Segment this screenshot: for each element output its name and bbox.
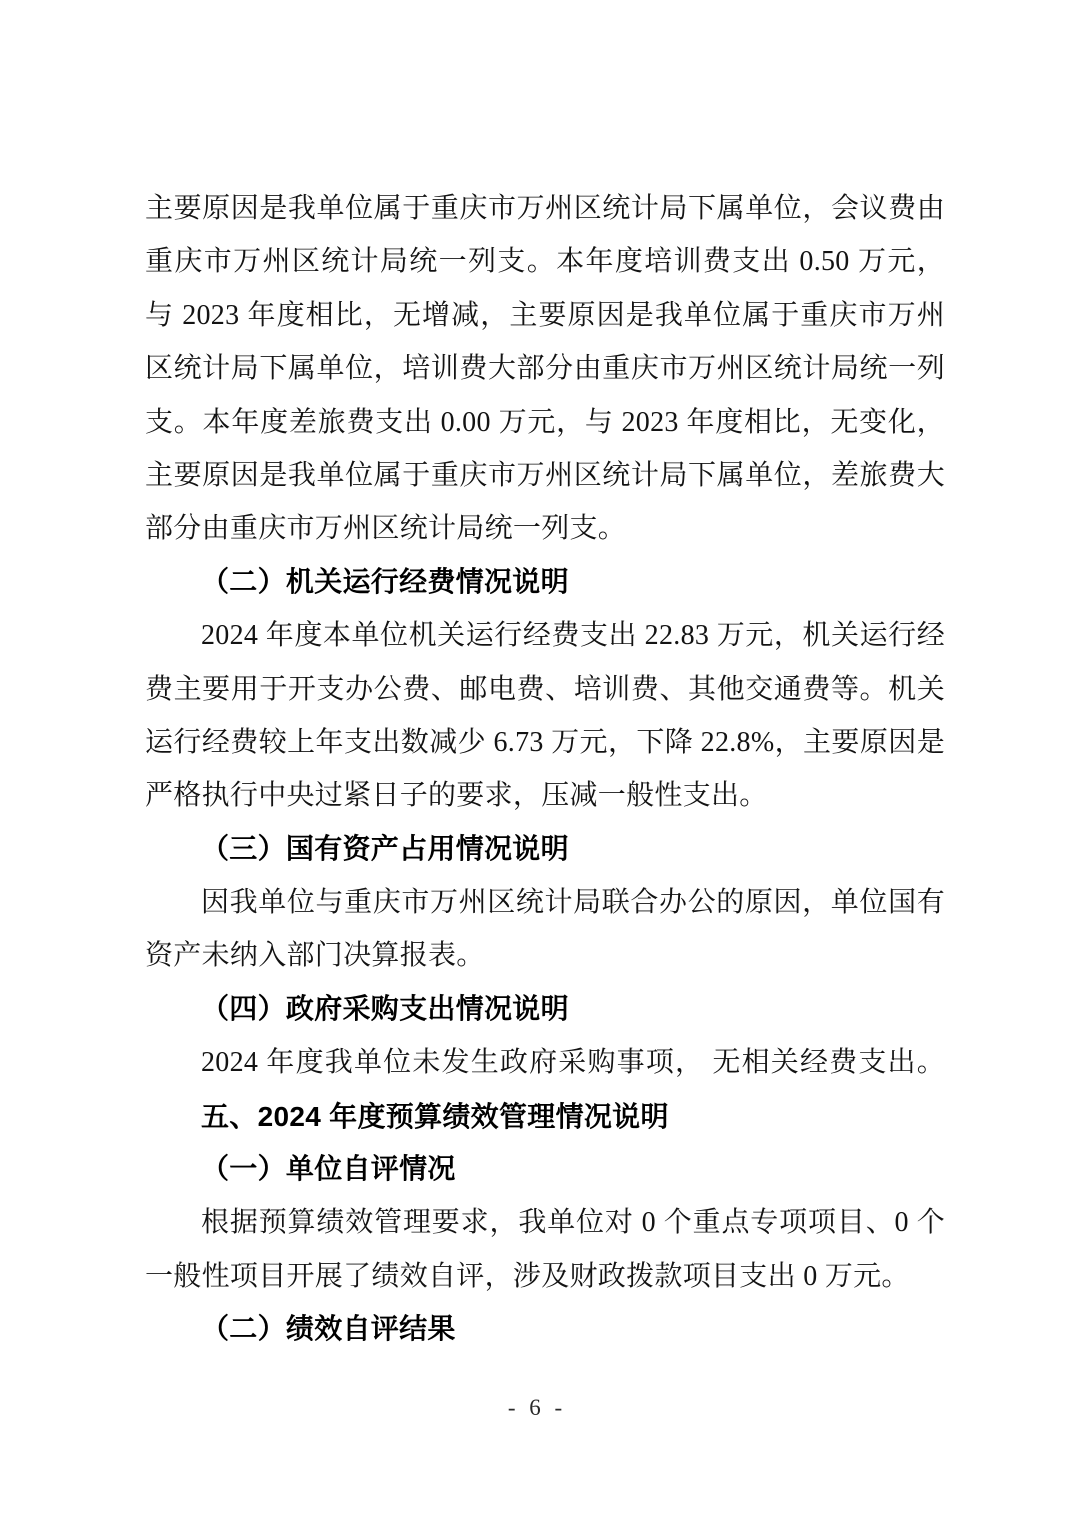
page-number: - 6 - xyxy=(0,1395,1074,1421)
text-line: 运行经费较上年支出数减少 6.73 万元，下降 22.8%，主要原因是 xyxy=(145,716,945,769)
text-line: 严格执行中央过紧日子的要求，压减一般性支出。 xyxy=(145,769,945,822)
subsection-heading: （三）国有资产占用情况说明 xyxy=(145,823,945,876)
subsection-heading: （四）政府采购支出情况说明 xyxy=(145,983,945,1036)
text-line: 2024 年度本单位机关运行经费支出 22.83 万元，机关运行经 xyxy=(145,609,945,662)
subsection-heading: （一）单位自评情况 xyxy=(145,1143,945,1196)
text-line: 区统计局下属单位，培训费大部分由重庆市万州区统计局统一列 xyxy=(145,342,945,395)
text-line: 主要原因是我单位属于重庆市万州区统计局下属单位，差旅费大 xyxy=(145,449,945,502)
text-line: 资产未纳入部门决算报表。 xyxy=(145,929,945,982)
text-line: 主要原因是我单位属于重庆市万州区统计局下属单位，会议费由 xyxy=(145,182,945,235)
text-line: 支。本年度差旅费支出 0.00 万元，与 2023 年度相比，无变化， xyxy=(145,396,945,449)
text-line: 重庆市万州区统计局统一列支。本年度培训费支出 0.50 万元， xyxy=(145,235,945,288)
subsection-heading: （二）绩效自评结果 xyxy=(145,1303,945,1356)
text-line: 部分由重庆市万州区统计局统一列支。 xyxy=(145,502,945,555)
text-line: 费主要用于开支办公费、邮电费、培训费、其他交通费等。机关 xyxy=(145,663,945,716)
text-line: 根据预算绩效管理要求，我单位对 0 个重点专项项目、0 个 xyxy=(145,1196,945,1249)
text-line: 因我单位与重庆市万州区统计局联合办公的原因，单位国有 xyxy=(145,876,945,929)
document-body: 主要原因是我单位属于重庆市万州区统计局下属单位，会议费由重庆市万州区统计局统一列… xyxy=(145,182,945,1357)
document-page: 主要原因是我单位属于重庆市万州区统计局下属单位，会议费由重庆市万州区统计局统一列… xyxy=(0,0,1074,1520)
subsection-heading: （二）机关运行经费情况说明 xyxy=(145,556,945,609)
text-line: 2024 年度我单位未发生政府采购事项， 无相关经费支出。 xyxy=(145,1036,945,1089)
section-heading: 五、2024 年度预算绩效管理情况说明 xyxy=(145,1090,945,1143)
text-line: 与 2023 年度相比，无增减，主要原因是我单位属于重庆市万州 xyxy=(145,289,945,342)
text-line: 一般性项目开展了绩效自评，涉及财政拨款项目支出 0 万元。 xyxy=(145,1250,945,1303)
